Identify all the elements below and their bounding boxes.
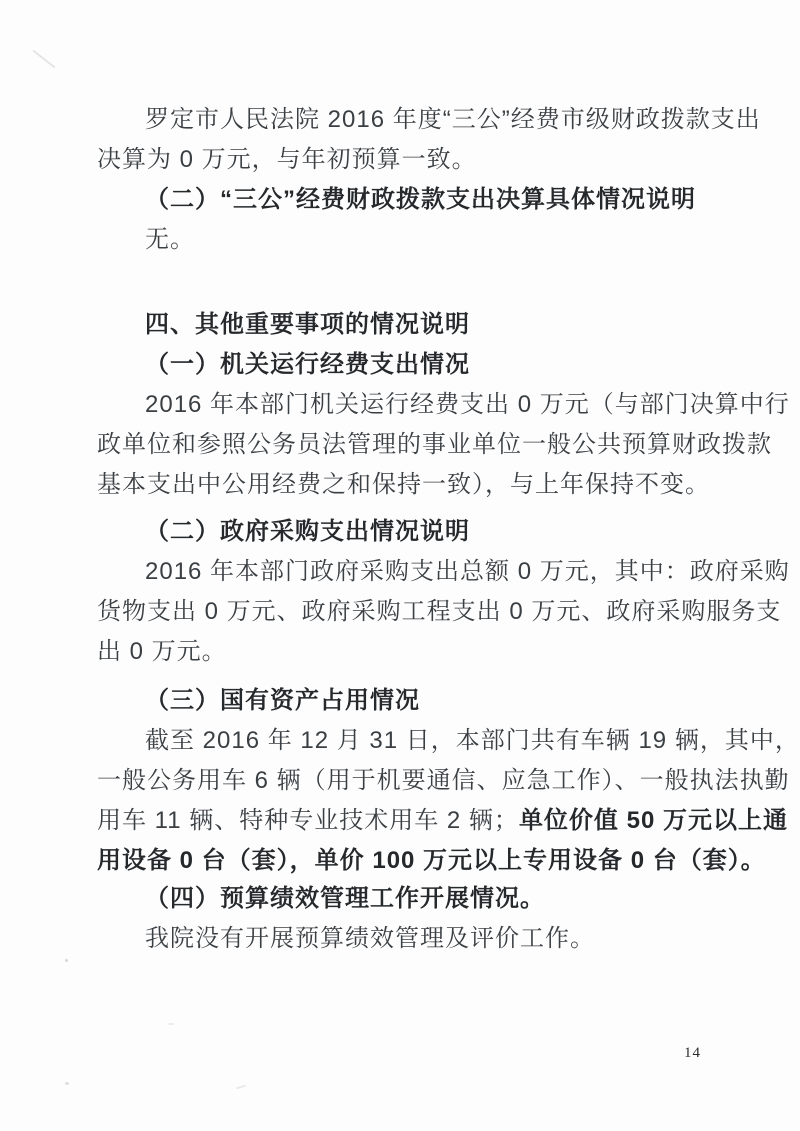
text-line: 基本支出中公用经费之和保持一致），与上年保持不变。 — [97, 465, 722, 505]
text-line: 罗定市人民法院 2016 年度“三公”经费市级财政拨款支出 — [97, 100, 722, 140]
text-line: 货物支出 0 万元、政府采购工程支出 0 万元、政府采购服务支 — [97, 592, 722, 632]
document-page: 罗定市人民法院 2016 年度“三公”经费市级财政拨款支出 决算为 0 万元，与… — [0, 0, 800, 1131]
text-line: 政单位和参照公务员法管理的事业单位一般公共预算财政拨款 — [97, 425, 722, 465]
paragraph-block-performance: （四）预算绩效管理工作开展情况。 我院没有开展预算绩效管理及评价工作。 — [97, 879, 722, 959]
text-line: 2016 年本部门政府采购支出总额 0 万元，其中：政府采购 — [97, 552, 722, 592]
section-heading: （二）政府采购支出情况说明 — [97, 512, 722, 552]
paragraph-block-procurement: （二）政府采购支出情况说明 2016 年本部门政府采购支出总额 0 万元，其中：… — [97, 512, 722, 672]
text-line: 出 0 万元。 — [97, 632, 722, 672]
text-line: 决算为 0 万元，与年初预算一致。 — [97, 140, 722, 180]
section-heading: （四）预算绩效管理工作开展情况。 — [97, 879, 722, 919]
text-line: 一般公务用车 6 辆（用于机要通信、应急工作）、一般执法执勤 — [97, 761, 722, 801]
page-number: 14 — [684, 1045, 701, 1062]
text-line: 用设备 0 台（套），单价 100 万元以上专用设备 0 台（套）。 — [97, 841, 722, 881]
text-run-bold: 单位价值 50 万元以上通 — [519, 807, 788, 834]
text-line: 2016 年本部门机关运行经费支出 0 万元（与部门决算中行 — [97, 385, 722, 425]
paragraph-block-state-assets: （三）国有资产占用情况 截至 2016 年 12 月 31 日，本部门共有车辆 … — [97, 681, 722, 881]
section-heading: （一）机关运行经费支出情况 — [97, 345, 722, 385]
scan-artifact — [65, 1082, 69, 1085]
scan-artifact — [236, 1085, 246, 1090]
scan-artifact — [168, 1023, 174, 1025]
text-line: 我院没有开展预算绩效管理及评价工作。 — [97, 919, 722, 959]
paragraph-block-operating-expense: 四、其他重要事项的情况说明 （一）机关运行经费支出情况 2016 年本部门机关运… — [97, 305, 722, 505]
text-line: 截至 2016 年 12 月 31 日，本部门共有车辆 19 辆，其中， — [97, 721, 722, 761]
text-line: 用车 11 辆、特种专业技术用车 2 辆；单位价值 50 万元以上通 — [97, 801, 722, 841]
text-run: 用车 11 辆、特种专业技术用车 2 辆； — [97, 807, 519, 834]
scan-artifact — [32, 50, 55, 69]
paragraph-block-sangong: 罗定市人民法院 2016 年度“三公”经费市级财政拨款支出 决算为 0 万元，与… — [97, 100, 722, 260]
section-heading: （三）国有资产占用情况 — [97, 681, 722, 721]
text-line: 无。 — [97, 220, 722, 260]
scan-artifact — [65, 959, 68, 962]
section-heading: （二）“三公”经费财政拨款支出决算具体情况说明 — [97, 180, 722, 220]
section-heading: 四、其他重要事项的情况说明 — [97, 305, 722, 345]
